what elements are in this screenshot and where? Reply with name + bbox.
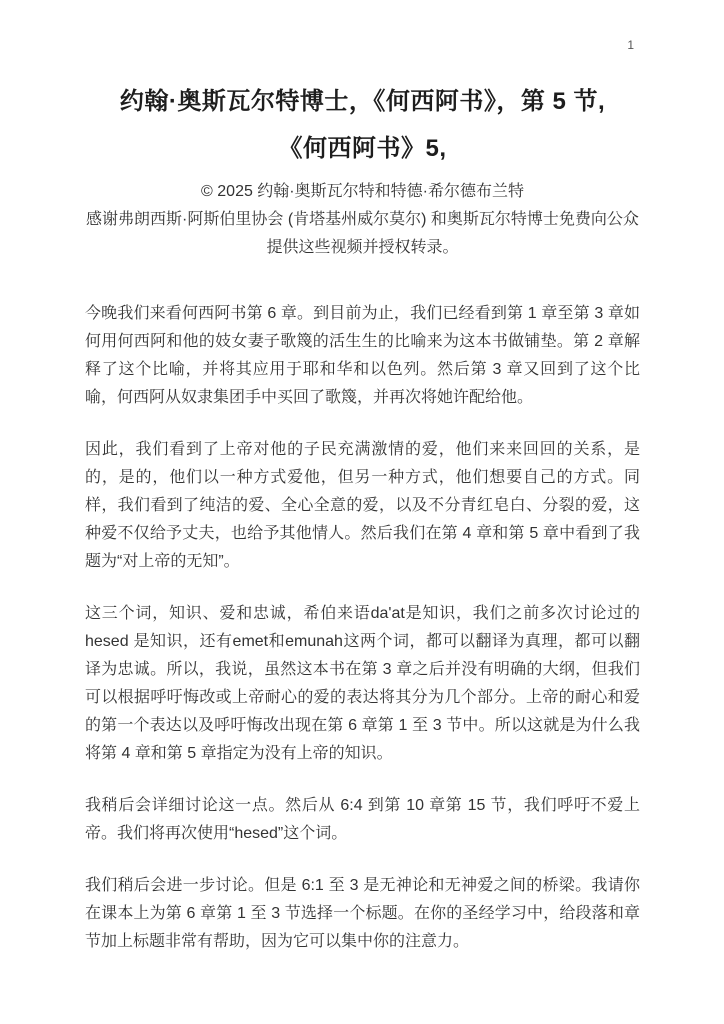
- paragraph: 我稍后会详细讨论这一点。然后从 6:4 到第 10 章第 15 节，我们呼吁不爱…: [85, 792, 640, 848]
- page-number: 1: [85, 38, 640, 52]
- paragraph: 这三个词，知识、爱和忠诚，希伯来语da'at是知识，我们之前多次讨论过的 hes…: [85, 600, 640, 768]
- paragraph: 因此，我们看到了上帝对他的子民充满激情的爱，他们来来回回的关系，是的，是的，他们…: [85, 436, 640, 576]
- title-line-1: 约翰·奥斯瓦尔特博士，《何西阿书》，第 5 节,: [120, 88, 605, 115]
- title-line-2: 《何西阿书》5,: [278, 135, 446, 162]
- subtitle-block: © 2025 约翰·奥斯瓦尔特和特德·希尔德布兰特 感谢弗朗西斯·阿斯伯里协会 …: [85, 178, 640, 262]
- document-page: 1 约翰·奥斯瓦尔特博士，《何西阿书》，第 5 节, 《何西阿书》5, © 20…: [0, 0, 724, 1024]
- paragraph: 我们稍后会进一步讨论。但是 6:1 至 3 是无神论和无神爱之间的桥梁。我请你在…: [85, 872, 640, 956]
- paragraph: 今晚我们来看何西阿书第 6 章。到目前为止，我们已经看到第 1 章至第 3 章如…: [85, 300, 640, 412]
- document-body: 今晚我们来看何西阿书第 6 章。到目前为止，我们已经看到第 1 章至第 3 章如…: [85, 300, 640, 956]
- copyright-line: © 2025 约翰·奥斯瓦尔特和特德·希尔德布兰特: [85, 178, 640, 206]
- document-title: 约翰·奥斯瓦尔特博士，《何西阿书》，第 5 节, 《何西阿书》5,: [85, 78, 640, 172]
- acknowledgement-line: 感谢弗朗西斯·阿斯伯里协会 (肯塔基州威尔莫尔) 和奥斯瓦尔特博士免费向公众提供…: [85, 206, 640, 262]
